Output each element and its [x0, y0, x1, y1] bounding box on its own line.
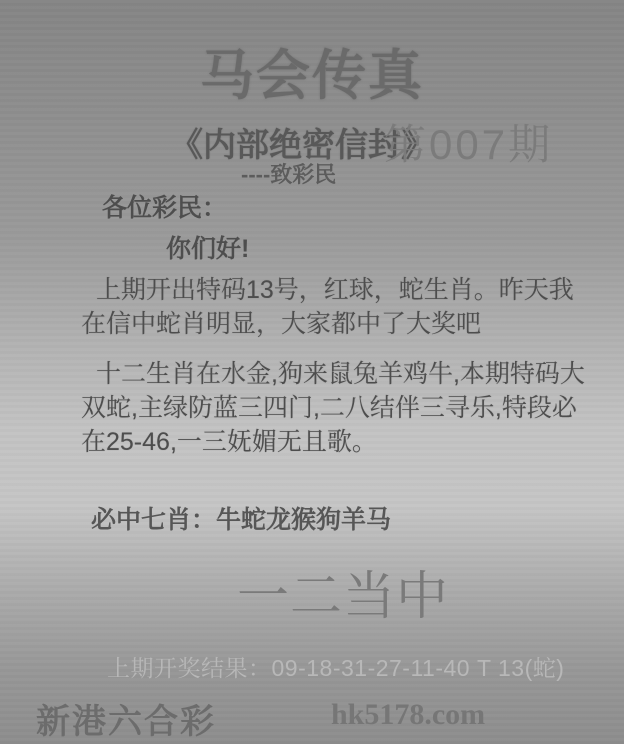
paragraph-tips: 十二生肖在水金,狗来鼠兔羊鸡牛,本期特码大 双蛇,主绿防蓝三四门,二八结伴三寻乐… [81, 357, 585, 459]
seven-zodiac-line: 必中七肖：牛蛇龙猴狗羊马 [91, 500, 391, 536]
page-title: 马会传真 [0, 33, 624, 110]
issue-number: 第007期 [384, 112, 553, 172]
brand-name: 新港六合彩 [36, 694, 216, 743]
paragraph-line: 双蛇,主绿防蓝三四门,二八结伴三寻乐,特段必 [81, 391, 585, 425]
greeting: 你们好! [166, 229, 249, 265]
paragraph-line: 在信中蛇肖明显，大家都中了大奖吧 [81, 307, 574, 341]
paragraph-line: 在25-46,一三妩媚无且歌。 [81, 425, 585, 459]
salutation: 各位彩民： [102, 188, 227, 224]
paragraph-last-draw: 上期开出特码13号，红球，蛇生肖。昨天我 在信中蛇肖明显，大家都中了大奖吧 [81, 273, 574, 341]
paragraph-line: 十二生肖在水金,狗来鼠兔羊鸡牛,本期特码大 [81, 357, 585, 391]
last-draw-result: 上期开奖结果：09-18-31-27-11-40 T 13(蛇) [107, 650, 564, 683]
highlight-phrase: 一二当中 [237, 554, 449, 629]
dedication-line: ----致彩民 [241, 158, 336, 189]
website-url: hk5178.com [331, 698, 485, 732]
lottery-fax-sheet: 马会传真 《内部绝密信封》 第007期 ----致彩民 各位彩民： 你们好! 上… [0, 0, 624, 744]
paragraph-line: 上期开出特码13号，红球，蛇生肖。昨天我 [81, 273, 574, 307]
